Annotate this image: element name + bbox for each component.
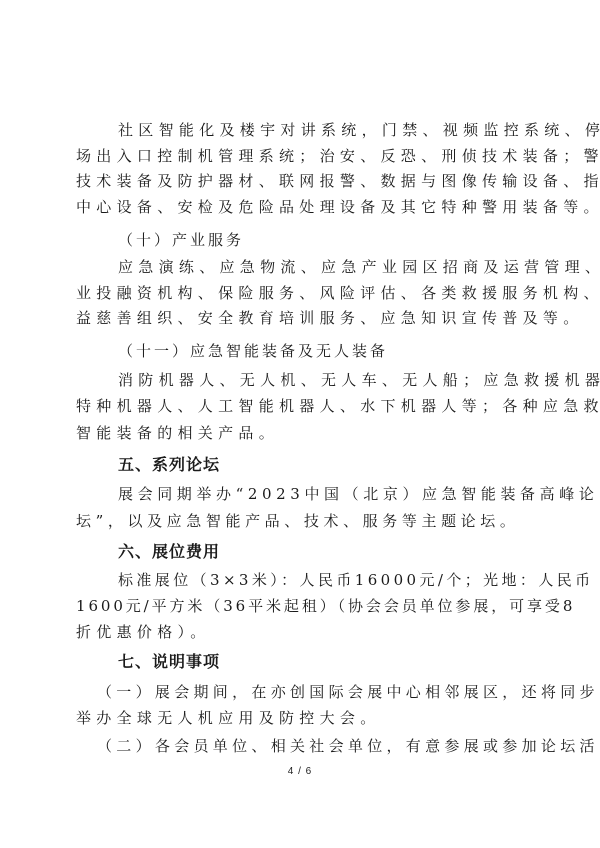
paragraph-line: 社区智能化及楼宇对讲系统，门禁、视频监控系统、停车 (118, 119, 568, 141)
paragraph-line: 技术装备及防护器材、联网报警、数据与图像传输设备、指挥 (76, 170, 526, 192)
paragraph-line: （一）展会期间，在亦创国际会展中心相邻展区，还将同步 (97, 681, 547, 703)
paragraph-line: （二）各会员单位、相关社会单位，有意参展或参加论坛活 (97, 735, 547, 757)
paragraph-line: 折优惠价格）。 (76, 621, 526, 643)
paragraph-line: 消防机器人、无人机、无人车、无人船；应急救援机器人、 (118, 369, 568, 391)
paragraph-line: 特种机器人、人工智能机器人、水下机器人等；各种应急救援 (76, 395, 526, 417)
paragraph-line: 应急演练、应急物流、应急产业园区招商及运营管理、产 (118, 256, 568, 278)
paragraph-line: 场出入口控制机管理系统；治安、反恐、刑侦技术装备；警用 (76, 145, 526, 167)
section-heading: 六、展位费用 (118, 541, 568, 563)
paragraph-line: 举办全球无人机应用及防控大会。 (76, 707, 526, 729)
document-page: 社区智能化及楼宇对讲系统，门禁、视频监控系统、停车 场出入口控制机管理系统；治安… (0, 0, 600, 848)
paragraph-line: 坛”，以及应急智能产品、技术、服务等主题论坛。 (76, 510, 526, 532)
section-heading: （十）产业服务 (118, 229, 568, 251)
paragraph-line: 展会同期举办“2023中国（北京）应急智能装备高峰论 (118, 483, 568, 505)
paragraph-line: 益慈善组织、安全教育培训服务、应急知识宣传普及等。 (76, 307, 526, 329)
paragraph-line: 业投融资机构、保险服务、风险评估、各类救援服务机构、公 (76, 282, 526, 304)
paragraph-line: 中心设备、安检及危险品处理设备及其它特种警用装备等。 (76, 196, 526, 218)
section-heading: （十一）应急智能装备及无人装备 (118, 340, 568, 362)
paragraph-line: 标准展位（3×3米）：人民币16000元/个；光地：人民币 (118, 569, 568, 591)
page-number: 4 / 6 (0, 766, 600, 777)
paragraph-line: 智能装备的相关产品。 (76, 422, 526, 444)
section-heading: 七、说明事项 (118, 651, 568, 673)
paragraph-line: 1600元/平方米（36平米起租）（协会会员单位参展，可享受8 (76, 595, 526, 617)
section-heading: 五、系列论坛 (118, 454, 568, 476)
